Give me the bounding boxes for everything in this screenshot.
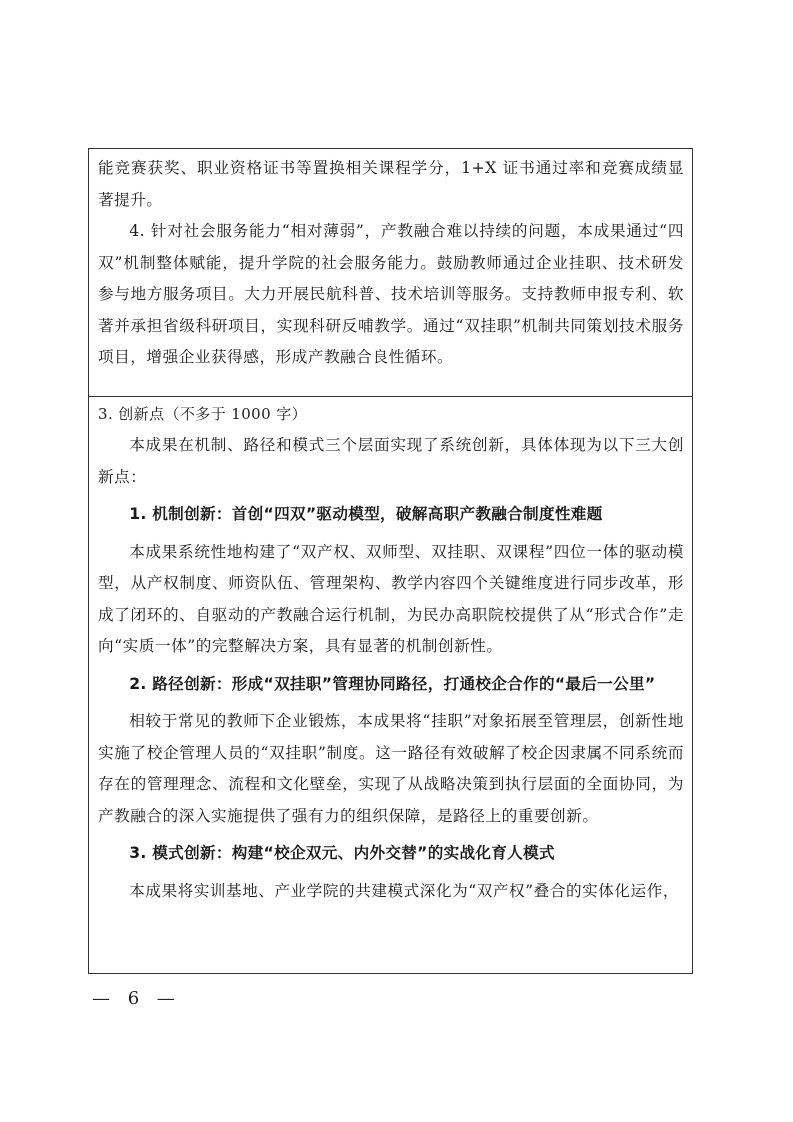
section-label: 3. 创新点（不多于 1000 字） (98, 403, 684, 425)
form-table: 能竞赛获奖、职业资格证书等置换相关课程学分，1+X 证书通过率和竞赛成绩显著提升… (88, 148, 693, 974)
innovation-body-3: 本成果将实训基地、产业学院的共建模式深化为“双产权”叠合的实体化运作， (98, 876, 684, 908)
innovation-points-cell: 3. 创新点（不多于 1000 字） 本成果在机制、路径和模式三个层面实现了系统… (89, 397, 692, 973)
innovation-heading-1: 1. 机制创新：首创“四双”驱动模型，破解高职产教融合制度性难题 (98, 499, 684, 531)
paragraph-item-4: 4. 针对社会服务能力“相对薄弱”，产教融合难以持续的问题，本成果通过“四双”机… (98, 216, 684, 374)
innovation-heading-3: 3. 模式创新：构建“校企双元、内外交替”的实战化育人模式 (98, 838, 684, 870)
innovation-heading-2: 2. 路径创新：形成“双挂职”管理协同路径，打通校企合作的“最后一公里” (98, 669, 684, 701)
innovation-body-2: 相较于常见的教师下企业锻炼，本成果将“挂职”对象拓展至管理层，创新性地实施了校企… (98, 706, 684, 832)
page-number: — 6 — (92, 988, 181, 1009)
innovation-body-1: 本成果系统性地构建了“双产权、双师型、双挂职、双课程”四位一体的驱动模型，从产权… (98, 537, 684, 663)
intro-paragraph: 本成果在机制、路径和模式三个层面实现了系统创新，具体体现为以下三大创新点： (98, 430, 684, 493)
results-solution-cell: 能竞赛获奖、职业资格证书等置换相关课程学分，1+X 证书通过率和竞赛成绩显著提升… (89, 149, 692, 397)
paragraph-continued: 能竞赛获奖、职业资格证书等置换相关课程学分，1+X 证书通过率和竞赛成绩显著提升… (98, 153, 684, 216)
